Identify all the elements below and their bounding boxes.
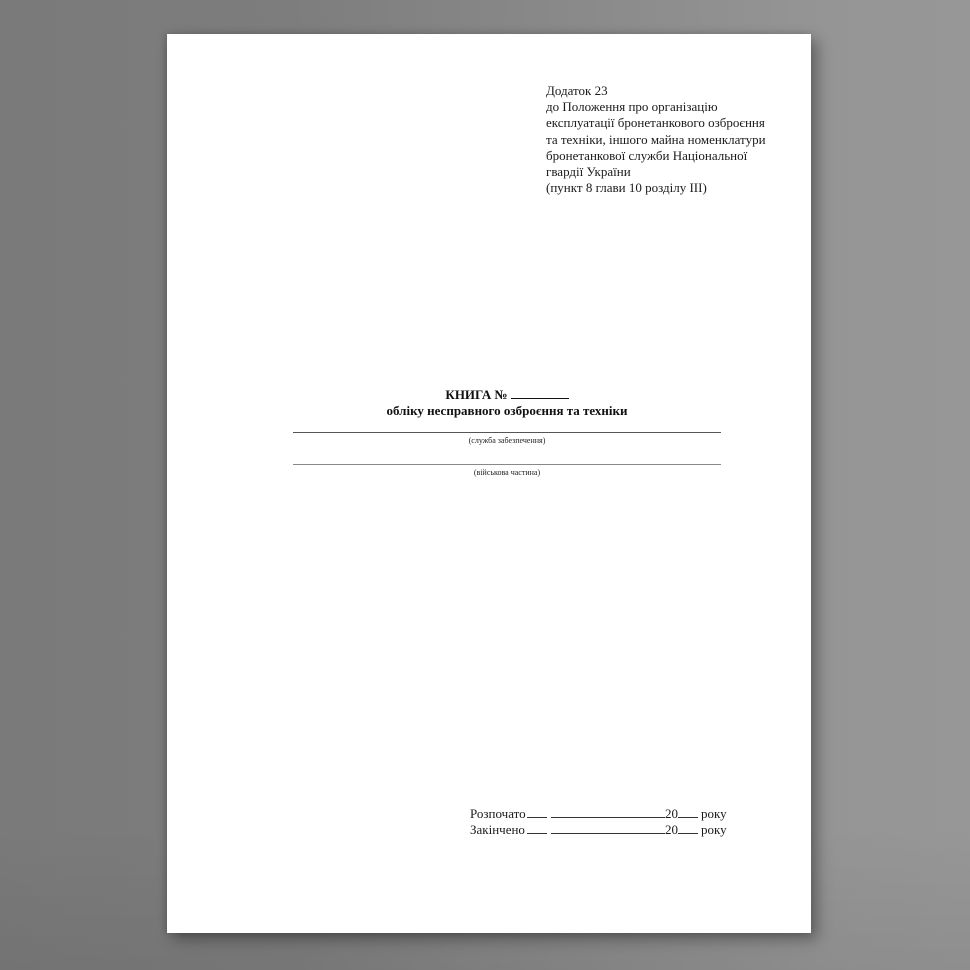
annex-header: Додаток 23 до Положення про організацію … <box>546 83 796 196</box>
annex-line: гвардії України <box>546 164 796 180</box>
finished-day-blank <box>527 821 547 834</box>
finished-century: 20 <box>665 822 678 837</box>
finished-year-word: року <box>701 822 727 837</box>
annex-line: до Положення про організацію <box>546 99 796 115</box>
book-title-label: КНИГА № <box>445 387 507 402</box>
annex-line: (пункт 8 глави 10 розділу III) <box>546 180 796 196</box>
annex-line: Додаток 23 <box>546 83 796 99</box>
finished-month-blank <box>551 821 665 834</box>
annex-line: та техніки, іншого майна номенклатури <box>546 132 796 148</box>
service-caption: (служба забезпечення) <box>293 436 721 446</box>
started-day-blank <box>527 805 547 818</box>
book-title-block: КНИГА № обліку несправного озброєння та … <box>293 387 721 419</box>
started-label: Розпочато <box>470 806 526 822</box>
annex-line: експлуатації бронетанкового озброєння <box>546 115 796 131</box>
book-number-blank <box>511 387 569 399</box>
service-fill-line <box>293 432 721 433</box>
unit-caption: (військова частина) <box>293 468 721 478</box>
finished-row: Закінчено20року <box>470 821 727 837</box>
started-row: Розпочато20року <box>470 805 727 821</box>
finished-label: Закінчено <box>470 822 526 838</box>
started-year-word: року <box>701 806 727 821</box>
unit-fill-line <box>293 464 721 465</box>
dates-block: Розпочато20року Закінчено20року <box>470 805 727 837</box>
annex-line: бронетанкової служби Національної <box>546 148 796 164</box>
started-century: 20 <box>665 806 678 821</box>
book-title: КНИГА № <box>293 387 721 403</box>
document-page: Додаток 23 до Положення про організацію … <box>167 34 811 933</box>
book-subtitle: обліку несправного озброєння та техніки <box>293 403 721 419</box>
finished-year-blank <box>678 821 698 834</box>
started-year-blank <box>678 805 698 818</box>
started-month-blank <box>551 805 665 818</box>
